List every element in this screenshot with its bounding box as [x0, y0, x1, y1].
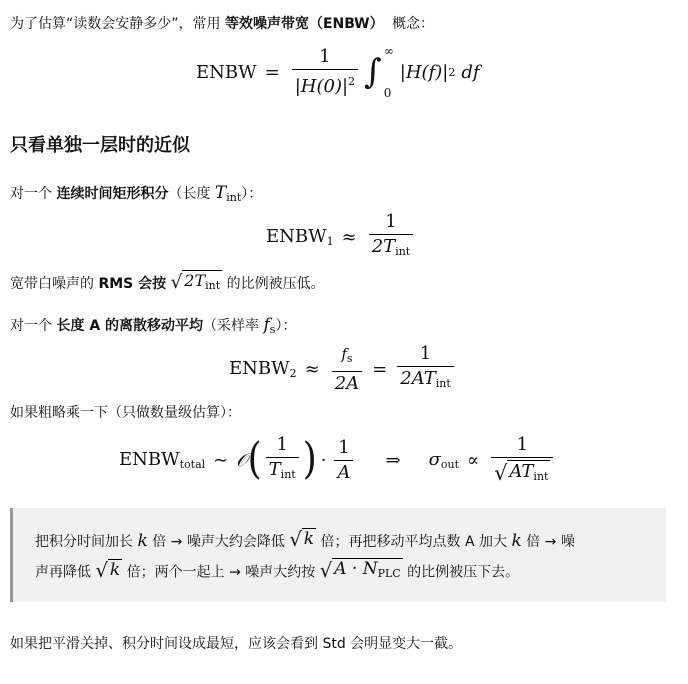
implies-arrow: ⇒	[385, 450, 400, 471]
sqrt-expression: √2Tint	[171, 270, 223, 292]
fraction: 1 2Tint	[369, 212, 414, 262]
numerator: 1	[316, 47, 333, 69]
bold-term: 长度 A 的离散移动平均	[56, 318, 203, 334]
bold-term: 连续时间矩形积分	[56, 186, 168, 202]
fraction-1-a: 1 A	[334, 438, 353, 483]
text: （采样率	[203, 318, 259, 334]
lower-limit: 0	[384, 86, 394, 100]
text: ）：	[275, 318, 296, 334]
sim-sign: ∼	[213, 450, 228, 471]
fraction: 1 |H(0)|2	[292, 47, 358, 97]
sqrt-k: √k	[95, 559, 122, 580]
lhs: ENBW2	[229, 358, 297, 380]
approx-sign: ≈	[305, 359, 320, 380]
lhs: ENBWtotal	[119, 449, 205, 471]
closing-paragraph: 如果把平滑关掉、积分时间设成最短，应该会看到 Std 会明显变大一截。	[10, 634, 462, 654]
blockquote-line-2: 声再降低 √k 倍；两个一起上 → 噪声大约按 √A · NPLC 的比例被压下…	[35, 558, 519, 582]
total-formula: ENBWtotal ∼ 𝒪 ( 1 Tint ) · 1 A ⇒ σout ∝ …	[119, 432, 557, 488]
integral-limits: ∞ 0	[384, 44, 394, 100]
equals-sign: =	[372, 359, 387, 380]
formula-lhs: ENBW	[196, 62, 257, 83]
right-paren: )	[303, 438, 317, 481]
denominator: |H(0)|2	[292, 69, 358, 97]
blockquote: 把积分时间加长 k 倍 → 噪声大约会降低 √k 倍；再把移动平均点数 A 加大…	[10, 508, 666, 602]
sqrt-a-nplc: √A · NPLC	[320, 558, 403, 580]
fraction-1-tint: 1 Tint	[266, 435, 299, 485]
text: ）：	[241, 186, 262, 202]
section-heading: 只看单独一层时的近似	[10, 131, 190, 157]
denominator: 2Tint	[369, 234, 414, 262]
fraction-1-sqrt-at: 1 √ATint	[491, 435, 553, 484]
continuous-paragraph: 对一个 连续时间矩形积分（长度 Tint）：	[10, 183, 262, 208]
text: 宽带白噪声的	[10, 276, 94, 292]
text: 对一个	[10, 318, 52, 334]
sqrt-k: √k	[289, 528, 316, 549]
integrand: |H(f)|	[400, 62, 449, 83]
text: （长度	[168, 186, 210, 202]
discrete-paragraph: 对一个 长度 A 的离散移动平均（采样率 fs）：	[10, 315, 296, 340]
lhs: ENBW1	[266, 226, 334, 248]
sigma-out: σout	[429, 449, 459, 471]
f-s: fs	[264, 315, 276, 335]
fraction-fs-2a: fs 2A	[332, 344, 362, 394]
enbw1-formula: ENBW1 ≈ 1 2Tint	[266, 212, 417, 262]
intro-paragraph: 为了估算“读数会安静多少”，常用 等效噪声带宽（ENBW） 概念：	[10, 14, 434, 34]
cdot: ·	[321, 450, 327, 471]
combined-paragraph: 如果粗略乘一下（只做数量级估算）：	[10, 403, 241, 423]
rms-note: 宽带白噪声的 RMS 会按 √2Tint 的比例被压低。	[10, 270, 325, 294]
equals-sign: =	[265, 62, 280, 83]
integral-sign: ∫	[364, 55, 382, 89]
intro-text: 为了估算“读数会安静多少”，常用	[10, 16, 221, 32]
enbw2-formula: ENBW2 ≈ fs 2A = 1 2ATint	[229, 344, 458, 394]
numerator: 1	[382, 212, 399, 234]
enbw-definition-formula: ENBW = 1 |H(0)|2 ∫ ∞ 0 |H(f)|2 df	[196, 42, 480, 102]
enbw-term: 等效噪声带宽（ENBW）	[225, 16, 384, 32]
fraction-1-2at: 1 2ATint	[397, 344, 454, 394]
blockquote-line-1: 把积分时间加长 k 倍 → 噪声大约会降低 √k 倍；再把移动平均点数 A 加大…	[35, 528, 575, 551]
approx-sign: ≈	[342, 227, 357, 248]
bold-term: RMS 会按	[98, 276, 166, 292]
upper-limit: ∞	[384, 44, 394, 58]
differential: df	[461, 62, 479, 83]
intro-suffix: 概念：	[392, 16, 434, 32]
left-paren: (	[248, 438, 262, 481]
text: 对一个	[10, 186, 52, 202]
integrand-exponent: 2	[448, 66, 455, 79]
text: 的比例被压低。	[227, 276, 325, 292]
big-o: 𝒪	[236, 450, 247, 471]
t-int: Tint	[215, 183, 241, 203]
propto-sign: ∝	[467, 450, 479, 471]
